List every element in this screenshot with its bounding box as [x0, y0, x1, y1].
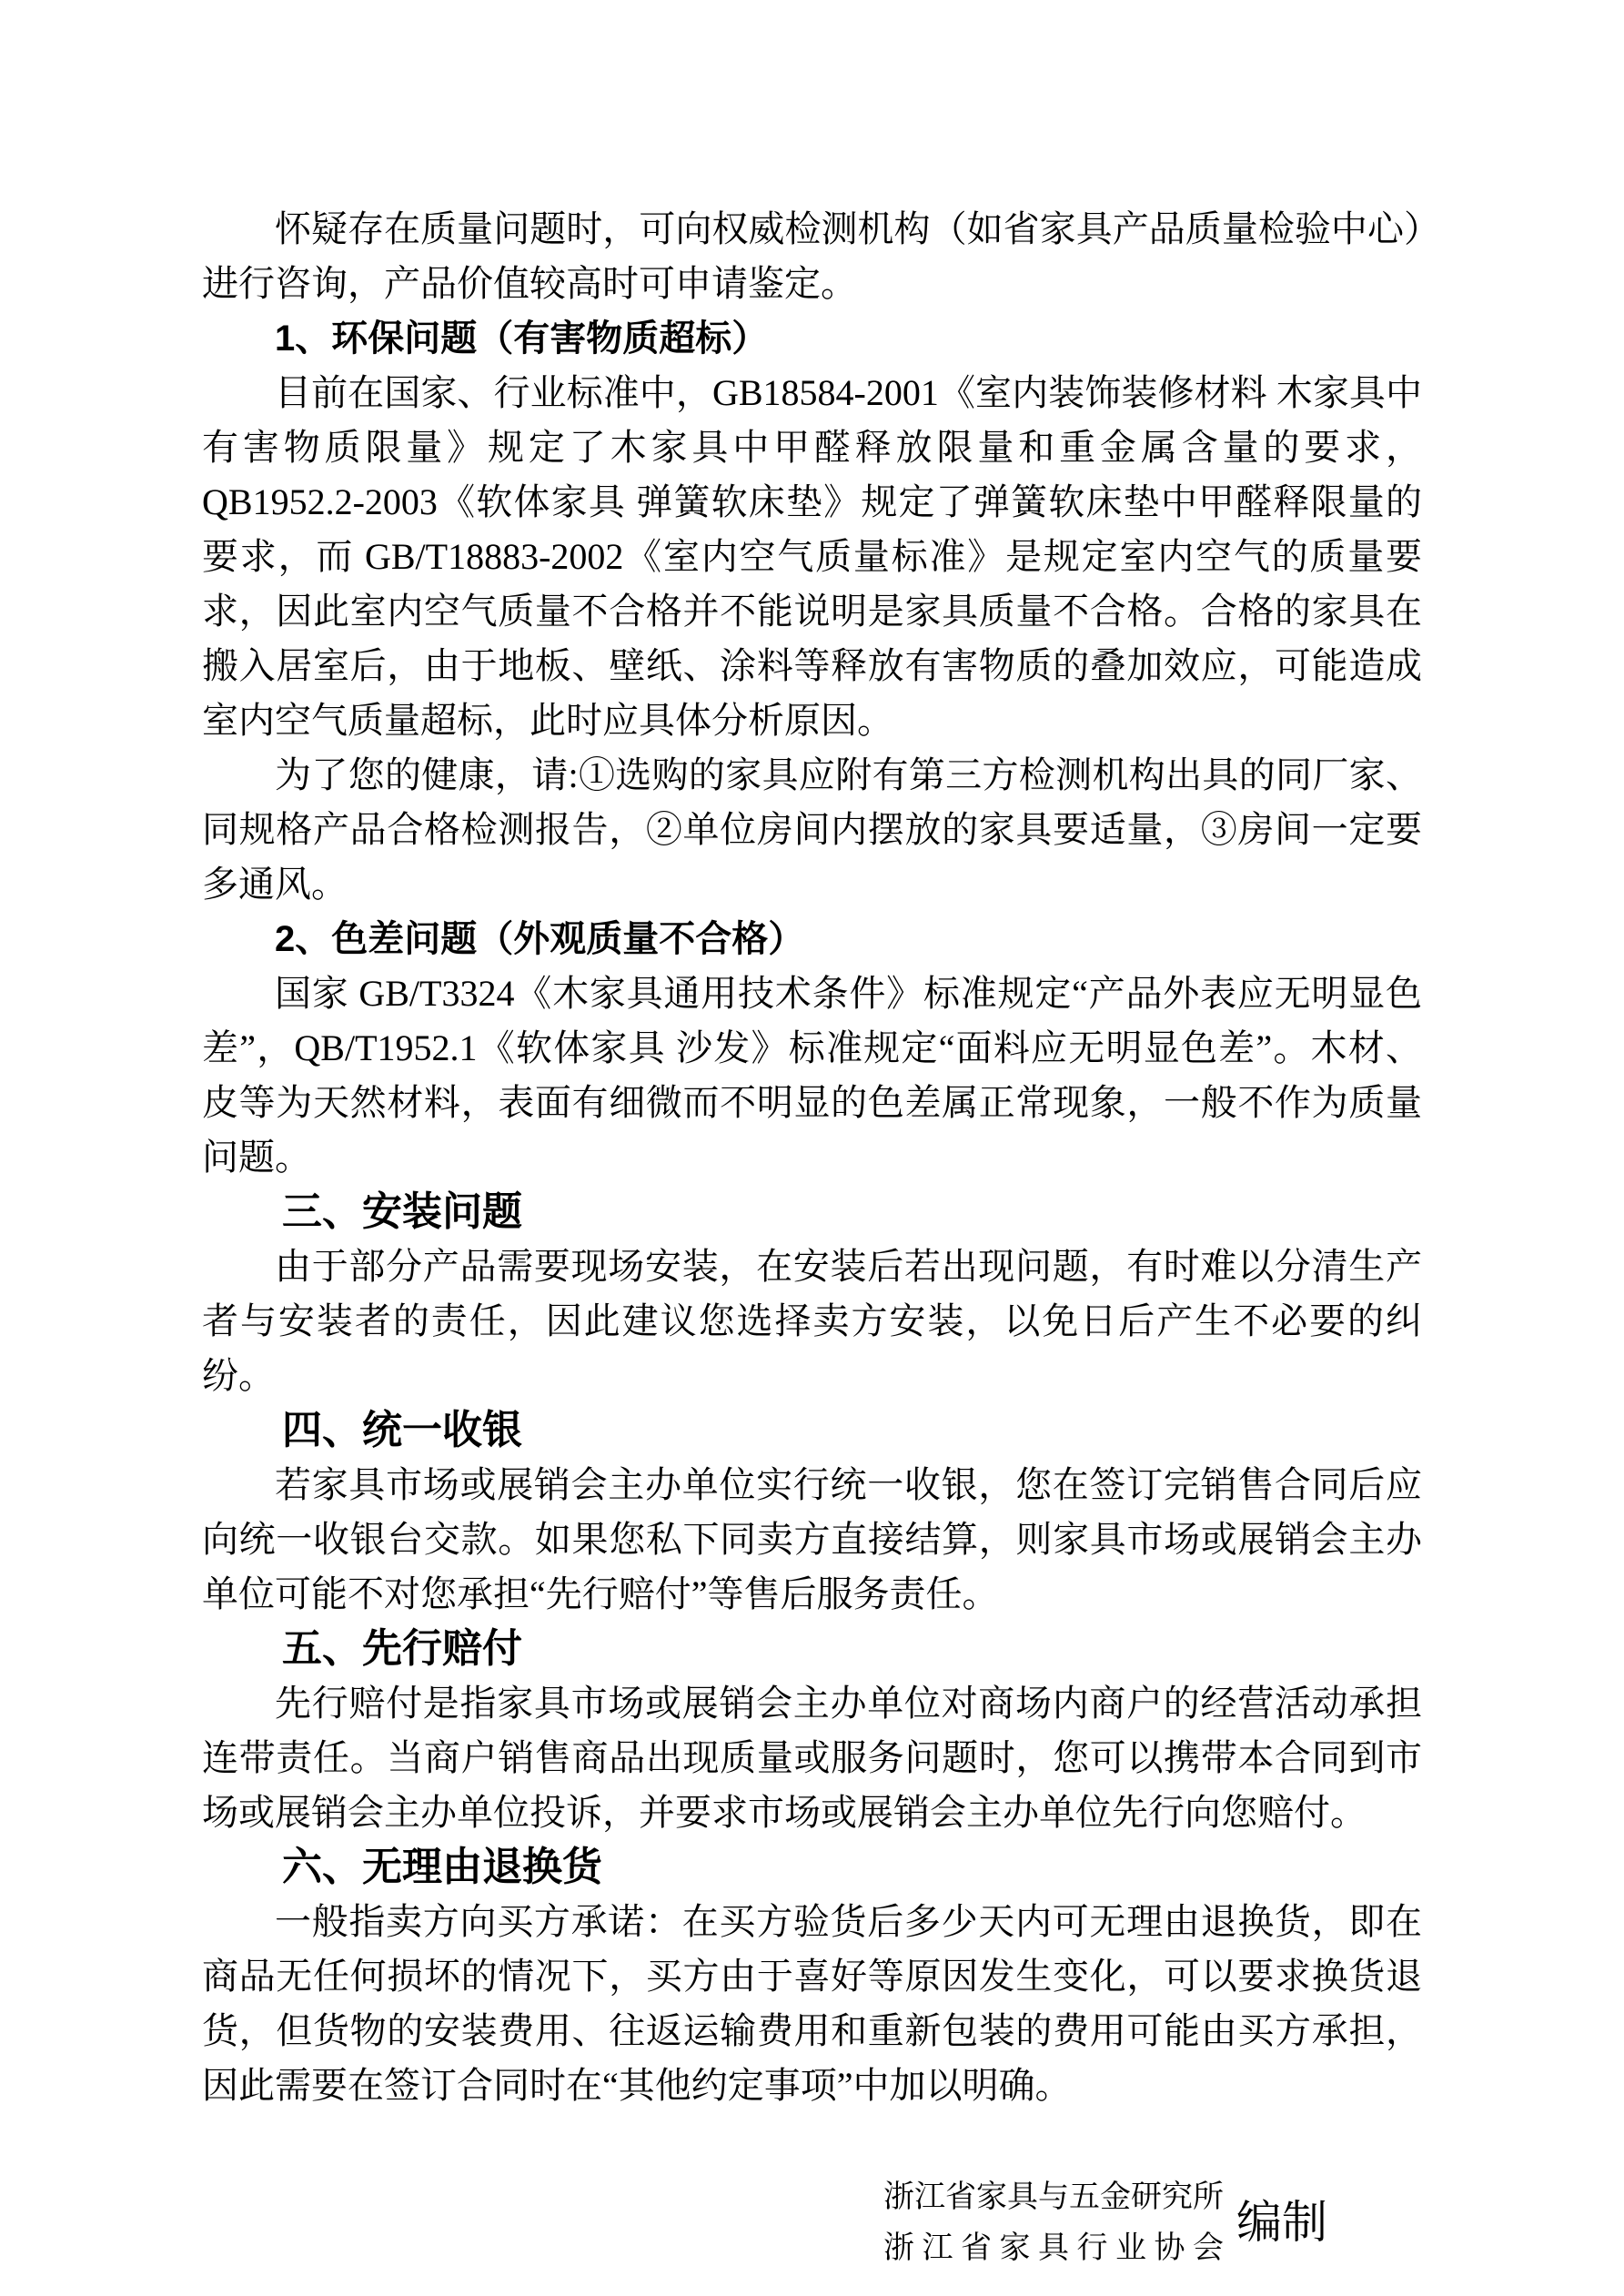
- section-6-paragraph-1: 一般指卖方向买方承诺：在买方验货后多少天内可无理由退换货，即在商品无任何损坏的情…: [202, 1895, 1422, 2113]
- section-2-paragraph-1: 国家 GB/T3324《木家具通用技术条件》标准规定“产品外表应无明显色差”，Q…: [202, 966, 1422, 1185]
- document-sections: 1、环保问题（有害物质超标）目前在国家、行业标准中，GB18584-2001《室…: [202, 311, 1422, 2113]
- section-5-paragraph-1: 先行赔付是指家具市场或展销会主办单位对商场内商户的经营活动承担连带责任。当商户销…: [202, 1676, 1422, 1840]
- credits-block: 浙江省家具与五金研究所 浙江省家具行业协会 编制: [202, 2171, 1422, 2273]
- section-heading-6: 六、无理由退换货: [202, 1840, 1422, 1895]
- section-3-paragraph-1: 由于部分产品需要现场安装，在安装后若出现问题，有时难以分清生产者与安装者的责任，…: [202, 1239, 1422, 1403]
- credit-organizations: 浙江省家具与五金研究所 浙江省家具行业协会: [883, 2171, 1224, 2273]
- intro-paragraph: 怀疑存在质量问题时，可向权威检测机构（如省家具产品质量检验中心）进行咨询，产品价…: [202, 202, 1422, 311]
- section-heading-2: 2、色差问题（外观质量不合格）: [202, 912, 1422, 966]
- credit-org-industry-association: 浙江省家具行业协会: [883, 2222, 1224, 2273]
- section-heading-5: 五、先行赔付: [202, 1622, 1422, 1676]
- section-heading-1: 1、环保问题（有害物质超标）: [202, 311, 1422, 366]
- credit-org-research-institute: 浙江省家具与五金研究所: [883, 2171, 1224, 2222]
- section-heading-4: 四、统一收银: [202, 1403, 1422, 1458]
- credit-suffix: 编制: [1236, 2197, 1327, 2248]
- document-page: 怀疑存在质量问题时，可向权威检测机构（如省家具产品质量检验中心）进行咨询，产品价…: [0, 0, 1624, 2296]
- section-1-paragraph-2: 为了您的健康，请:①选购的家具应附有第三方检测机构出具的同厂家、同规格产品合格检…: [202, 748, 1422, 912]
- section-4-paragraph-1: 若家具市场或展销会主办单位实行统一收银，您在签订完销售合同后应向统一收银台交款。…: [202, 1458, 1422, 1622]
- section-1-paragraph-1: 目前在国家、行业标准中，GB18584-2001《室内装饰装修材料 木家具中有害…: [202, 366, 1422, 748]
- section-heading-3: 三、安装问题: [202, 1185, 1422, 1239]
